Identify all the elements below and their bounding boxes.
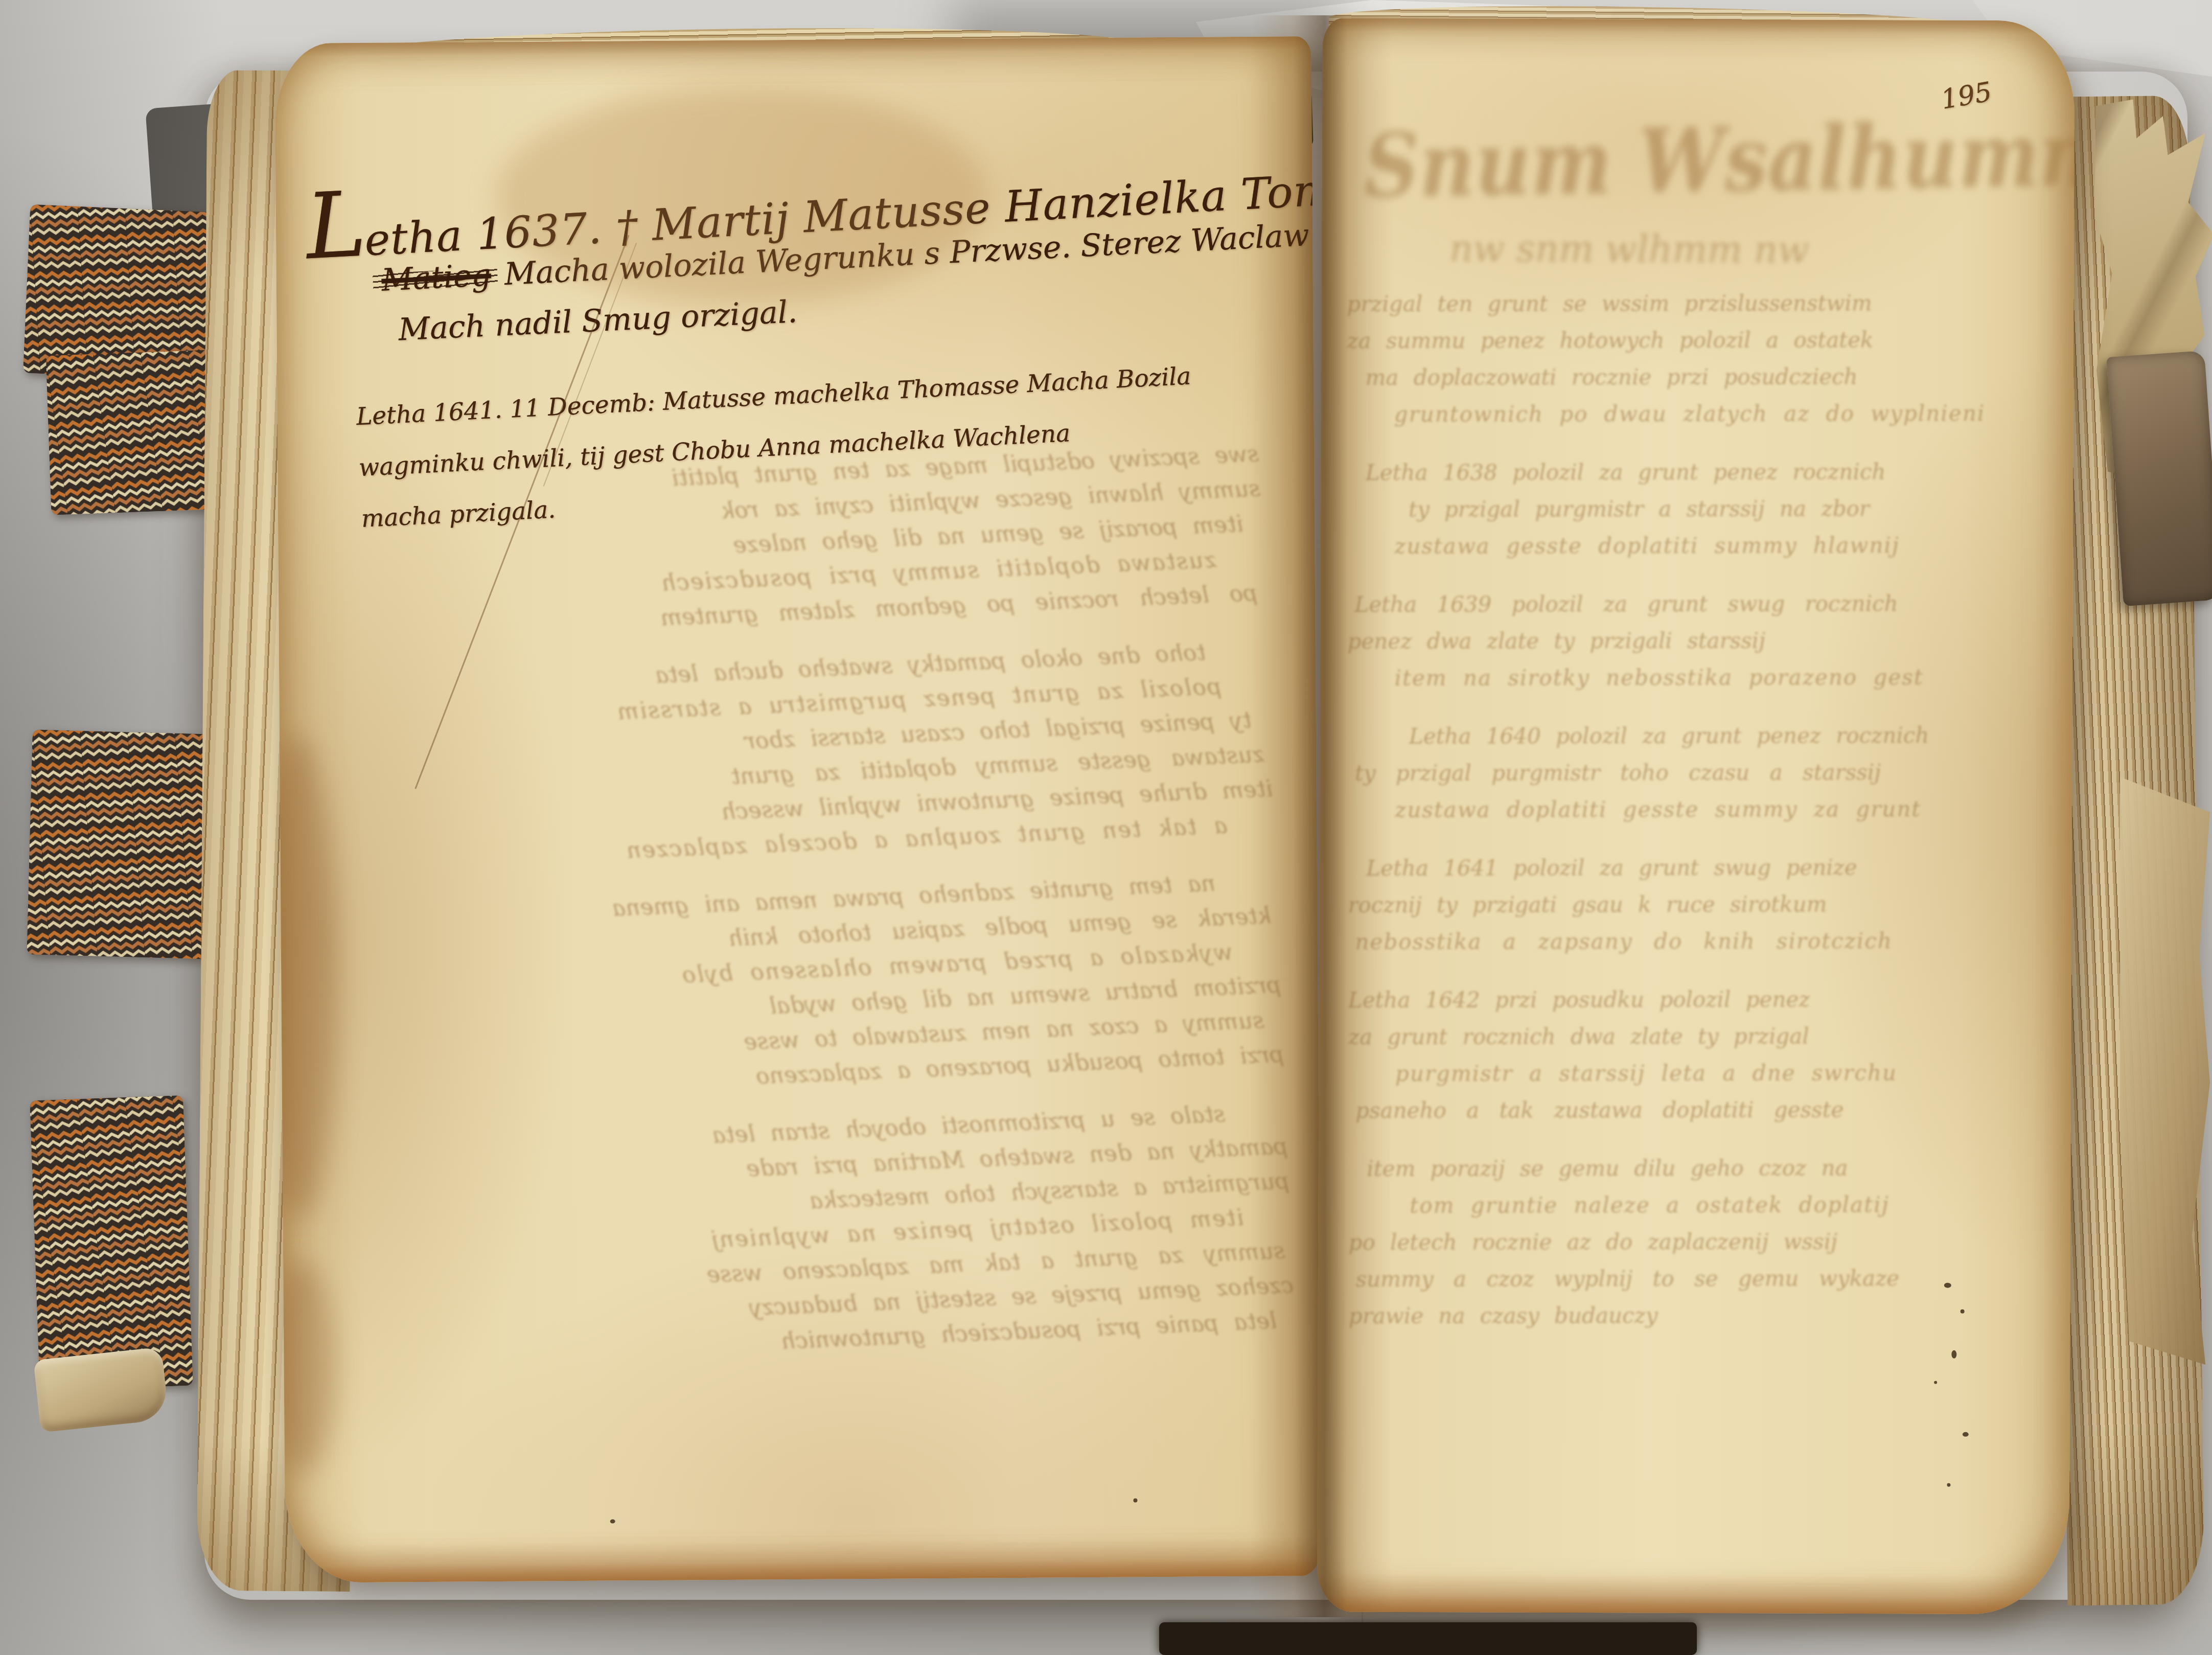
ghost-line [1348, 1128, 2048, 1151]
marbled-cover-tab-2 [46, 350, 221, 515]
left-page-ghost-bleedthrough-text: swe spcziwy odstupil mage za ten grunt p… [298, 436, 1296, 1377]
ghost-line: ty przigal purgmistr toho czasu a starss… [1355, 754, 2048, 792]
right-page-ghost-title: Snum Wsalhummw [1363, 103, 2059, 218]
ghost-line: tom gruntie naleze a ostatek doplatij [1410, 1186, 2048, 1224]
right-page-ghost-subtitle: nw snm wlhmm nw [1449, 227, 1809, 271]
right-page-top-rim [1322, 18, 2075, 34]
leather-bookmark-tab [2106, 351, 2212, 606]
right-page-burned-bottom-edge [1317, 1573, 2069, 1614]
right-page-ghost-faded-text: przigal ten grunt se wssim przislussenst… [1347, 285, 2049, 1335]
ghost-line: Letha 1641 polozil za grunt swug penize [1366, 849, 2048, 887]
ghost-line: Letha 1642 przi posudku polozil penez [1348, 981, 2048, 1019]
ghost-line: Letha 1638 polozil za grunt penez roczni… [1366, 453, 2047, 491]
ghost-line: psaneho a tak zustawa doplatiti gesste [1355, 1091, 2048, 1129]
ghost-line: ma doplaczowati rocznie przi posudcziech [1366, 358, 2047, 396]
ghost-line: Letha 1640 polozil za grunt penez roczni… [1409, 717, 2048, 755]
curled-paper-tab [33, 1347, 169, 1433]
ghost-line [1366, 564, 2047, 586]
ghost-line: zustawa gesste doplatiti summy hlawnij [1394, 527, 2047, 565]
ink-speck [1133, 1498, 1137, 1502]
ghost-line: rocznij ty przigati gsau k ruce sirotkum [1348, 886, 2048, 924]
ghost-line: prawie na czasy budauczy [1349, 1297, 2049, 1335]
marbled-cover-tab-4 [30, 1095, 193, 1391]
ghost-line: przigal ten grunt se wssim przislussenst… [1347, 285, 2047, 323]
ghost-line: nebosstika a zapsany do knih sirotczich [1355, 923, 2048, 960]
manuscript-photo-scene: Letha 1637. † Martij Matusse Hanzielka T… [0, 0, 2212, 1655]
ghost-line: summy a czoz wyplnij to se gemu wykaze [1356, 1260, 2049, 1298]
top-tan-stain [495, 84, 987, 308]
ghost-line: Letha 1639 polozil za grunt swug rocznic… [1354, 585, 2047, 623]
ghost-line [1410, 959, 2048, 982]
ink-speck [1947, 1483, 1950, 1487]
ink-speck [610, 1520, 615, 1524]
ink-speck [1963, 1432, 1969, 1437]
ghost-line: item na sirotky nebosstika porazeno gest [1395, 659, 2048, 697]
ghost-line [1348, 827, 2048, 850]
ink-speck [1961, 1309, 1965, 1314]
left-page: Letha 1637. † Martij Matusse Hanzielka T… [275, 36, 1322, 1583]
marbled-cover-tab-3 [27, 729, 216, 959]
bottom-cover-board-edge [1159, 1622, 1697, 1655]
ink-speck [1951, 1350, 1956, 1359]
ghost-line: za grunt rocznich dwa zlate ty przigal [1348, 1018, 2048, 1055]
struck-out-word: Matieg [381, 257, 492, 298]
ink-speck [1934, 1381, 1937, 1384]
ghost-line: purgmistr a starssij leta a dne swrchu [1395, 1054, 2048, 1092]
ghost-line: zustawa doplatiti gesste summy za grunt [1395, 791, 2048, 829]
ghost-line: po letech rocznie az do zaplaczenij wssi… [1348, 1223, 2048, 1261]
left-page-burned-bottom-edge [285, 1537, 1322, 1583]
ghost-line: ty przigal purgmistr a starssij na zbor [1409, 490, 2047, 528]
ghost-line [1354, 432, 2047, 454]
ghost-line: za summu penez hotowych polozil a ostate… [1347, 321, 2047, 359]
ghost-line: penez dwa zlate ty przigali starssij [1347, 622, 2047, 660]
ghost-line [1348, 696, 2048, 718]
ghost-line: gruntownich po dwau zlatych az do wyplni… [1394, 395, 2047, 433]
ink-speck [1944, 1283, 1951, 1288]
right-page: 195 Snum Wsalhummw nw snm wlhmm nw przig… [1317, 18, 2075, 1614]
ghost-line: item porazij se gemu dilu geho czoz na [1367, 1150, 2048, 1187]
